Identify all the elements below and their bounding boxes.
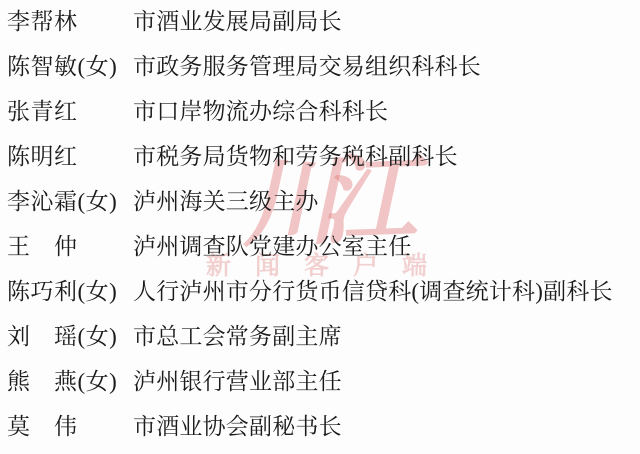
person-title: 泸州海关三级主办 xyxy=(133,179,640,224)
person-title: 市总工会常务副主席 xyxy=(133,314,640,359)
person-name: 刘 瑶(女) xyxy=(0,314,133,359)
roster-row: 王 仲 泸州调查队党建办公室主任 xyxy=(0,224,640,269)
roster-row: 陈巧利(女) 人行泸州市分行货币信贷科(调查统计科)副科长 xyxy=(0,269,640,314)
person-name: 李帮林 xyxy=(0,0,133,44)
roster-row: 陈智敏(女) 市政务服务管理局交易组织科科长 xyxy=(0,44,640,89)
person-name: 陈明红 xyxy=(0,134,133,179)
document-page: 川江 新闻客户端 李帮林 市酒业发展局副局长 陈智敏(女) 市政务服务管理局交易… xyxy=(0,0,640,454)
person-name: 张青红 xyxy=(0,89,133,134)
roster-row: 刘 瑶(女) 市总工会常务副主席 xyxy=(0,314,640,359)
roster-row: 莫 伟 市酒业协会副秘书长 xyxy=(0,404,640,449)
person-name: 陈巧利(女) xyxy=(0,269,133,314)
roster-row: 张青红 市口岸物流办综合科科长 xyxy=(0,89,640,134)
roster-row: 熊 燕(女) 泸州银行营业部主任 xyxy=(0,359,640,404)
person-name: 陈智敏(女) xyxy=(0,44,133,89)
person-name: 李沁霜(女) xyxy=(0,179,133,224)
person-title: 泸州调查队党建办公室主任 xyxy=(133,224,640,269)
person-name: 熊 燕(女) xyxy=(0,359,133,404)
person-name: 莫 伟 xyxy=(0,404,133,449)
person-title: 市政务服务管理局交易组织科科长 xyxy=(133,44,640,89)
person-title: 泸州银行营业部主任 xyxy=(133,359,640,404)
roster-row: 李帮林 市酒业发展局副局长 xyxy=(0,0,640,44)
person-title: 市税务局货物和劳务税科副科长 xyxy=(133,134,640,179)
person-title: 人行泸州市分行货币信贷科(调查统计科)副科长 xyxy=(133,269,640,314)
roster-row: 陈明红 市税务局货物和劳务税科副科长 xyxy=(0,134,640,179)
roster-row: 李沁霜(女) 泸州海关三级主办 xyxy=(0,179,640,224)
personnel-roster: 李帮林 市酒业发展局副局长 陈智敏(女) 市政务服务管理局交易组织科科长 张青红… xyxy=(0,0,640,449)
person-title: 市口岸物流办综合科科长 xyxy=(133,89,640,134)
person-title: 市酒业协会副秘书长 xyxy=(133,404,640,449)
person-title: 市酒业发展局副局长 xyxy=(133,0,640,44)
person-name: 王 仲 xyxy=(0,224,133,269)
